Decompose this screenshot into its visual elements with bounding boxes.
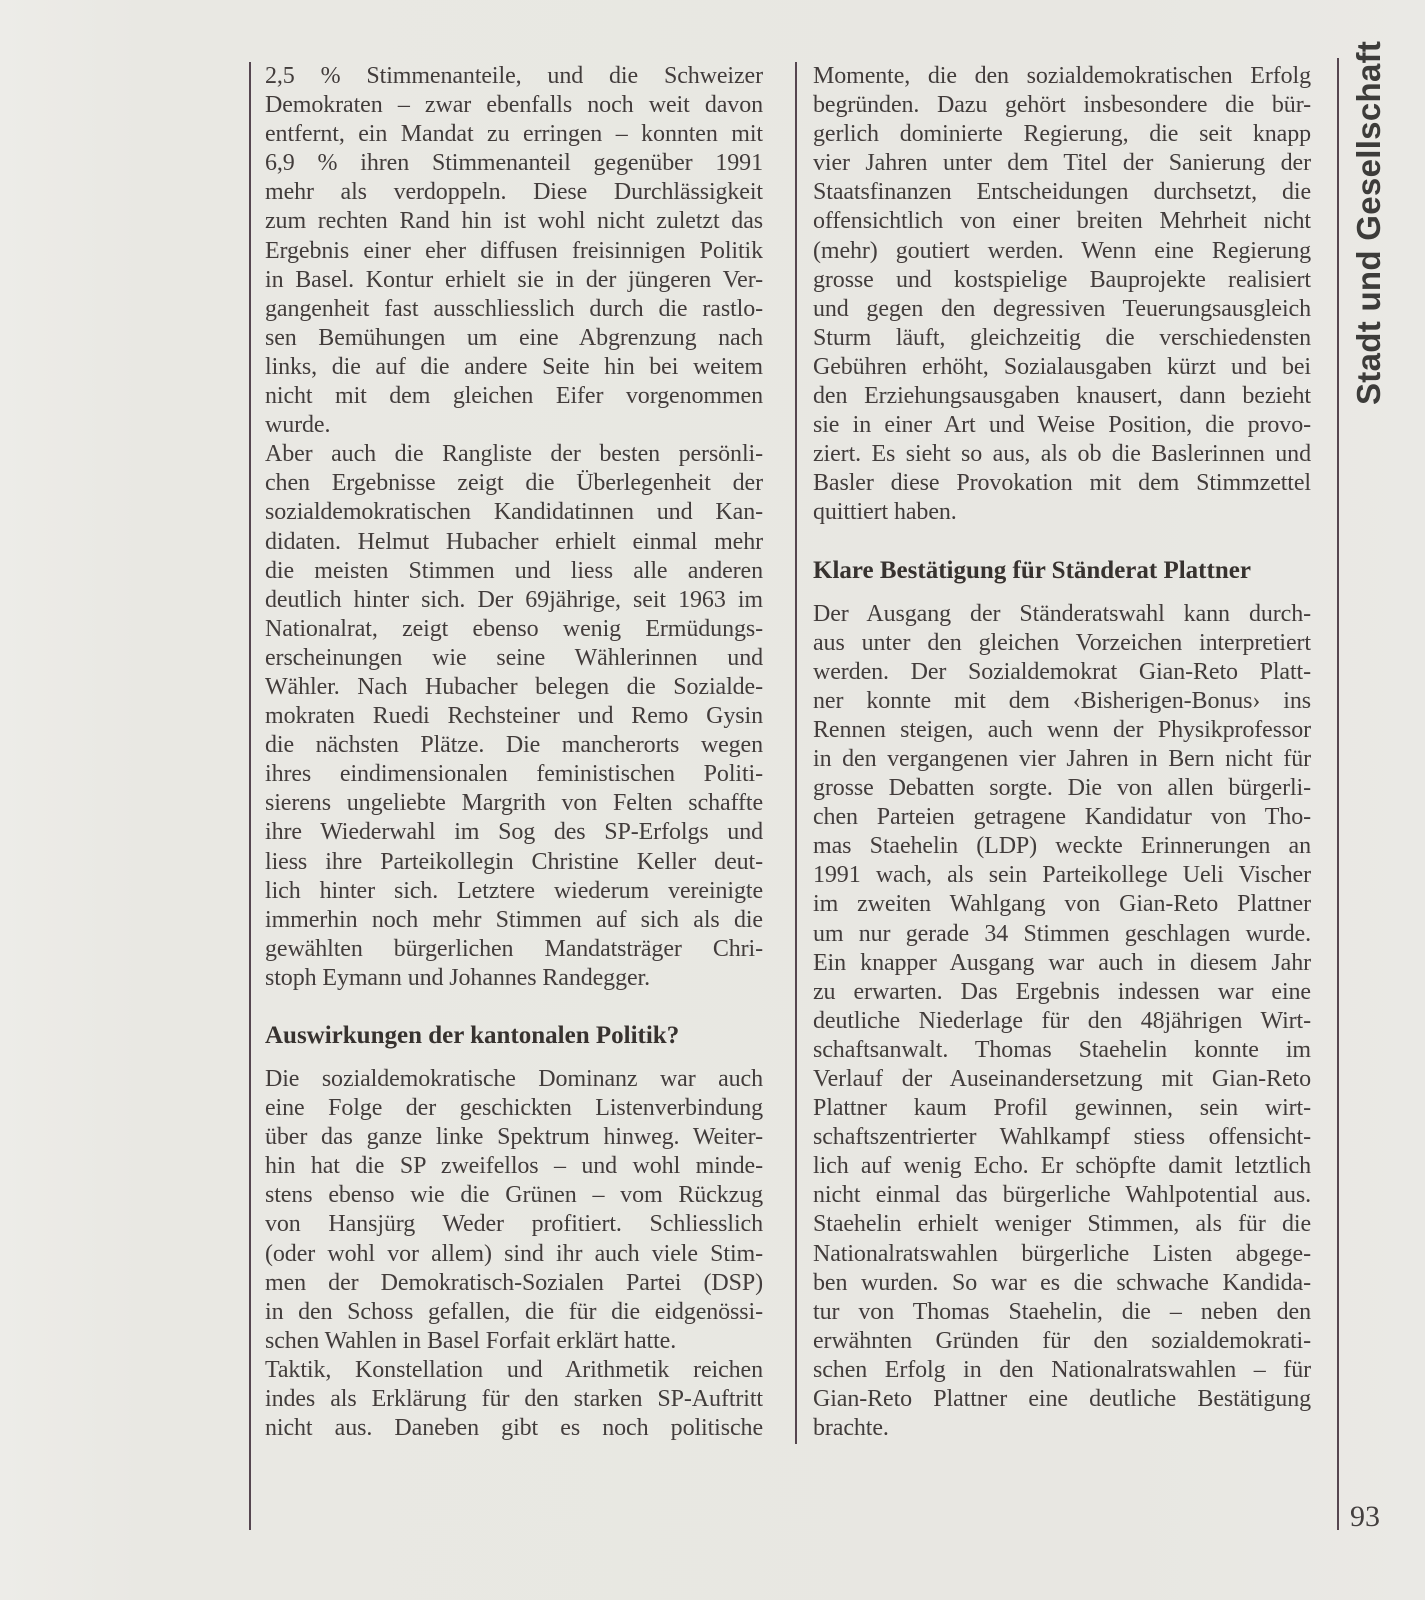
text-line: offensichtlich von einer breiten Mehrhei… xyxy=(813,207,1311,236)
text-line: ihres eindimensionalen feministischen Po… xyxy=(265,760,763,789)
text-line: Sturm läuft, gleichzeitig die verschiede… xyxy=(813,324,1311,353)
text-line: in den vergangenen vier Jahren in Bern n… xyxy=(813,745,1311,774)
text-line: Ergebnis einer eher diffusen freisinnige… xyxy=(265,237,763,266)
column-divider-rule xyxy=(795,62,797,1444)
section-heading: Auswirkungen der kantonalen Politik? xyxy=(265,1021,763,1051)
text-line: den Erziehungsausgaben knausert, dann be… xyxy=(813,382,1311,411)
text-line: 2,5 % Stimmenanteile, und die Schweizer xyxy=(265,62,763,91)
text-line: und gegen den degressiven Teuerungsausgl… xyxy=(813,295,1311,324)
text-line: ben wurden. So war es die schwache Kandi… xyxy=(813,1269,1311,1298)
text-line: gerlich dominierte Regierung, die seit k… xyxy=(813,120,1311,149)
text-line: sen Bemühungen um eine Abgrenzung nach xyxy=(265,324,763,353)
text-line: 1991 wach, als sein Parteikollege Ueli V… xyxy=(813,861,1311,890)
text-line: deutliche Niederlage für den 48jährigen … xyxy=(813,1007,1311,1036)
text-line: wurde. xyxy=(265,411,763,440)
text-line: chen Ergebnisse zeigt die Überlegenheit … xyxy=(265,469,763,498)
text-line: Gian-Reto Plattner eine deutliche Bestät… xyxy=(813,1385,1311,1414)
text-line: Nationalrat, zeigt ebenso wenig Ermüdung… xyxy=(265,615,763,644)
text-line: Demokraten – zwar ebenfalls noch weit da… xyxy=(265,91,763,120)
text-line: stoph Eymann und Johannes Randegger. xyxy=(265,964,763,993)
text-line: über das ganze linke Spektrum hinweg. We… xyxy=(265,1123,763,1152)
text-line: vier Jahren unter dem Titel der Sanierun… xyxy=(813,149,1311,178)
text-line: stens ebenso wie die Grünen – vom Rückzu… xyxy=(265,1181,763,1210)
text-line: brachte. xyxy=(813,1414,1311,1443)
text-line: Momente, die den sozialdemokratischen Er… xyxy=(813,62,1311,91)
text-line: Verlauf der Auseinandersetzung mit Gian-… xyxy=(813,1065,1311,1094)
text-line: ner konnte mit dem ‹Bisherigen-Bonus› in… xyxy=(813,687,1311,716)
text-line: schaftszentrierter Wahlkampf stiess offe… xyxy=(813,1123,1311,1152)
text-line: erwähnten Gründen für den sozialdemokrat… xyxy=(813,1327,1311,1356)
text-line: um nur gerade 34 Stimmen geschlagen wurd… xyxy=(813,920,1311,949)
text-line: Der Ausgang der Ständeratswahl kann durc… xyxy=(813,600,1311,629)
text-line: eine Folge der geschickten Listenverbind… xyxy=(265,1094,763,1123)
text-line: Basler diese Provokation mit dem Stimmze… xyxy=(813,469,1311,498)
text-line: zum rechten Rand hin ist wohl nicht zule… xyxy=(265,207,763,236)
chapter-sidebar-label: Stadt und Gesellschaft xyxy=(1349,60,1389,405)
text-line: (mehr) goutiert werden. Wenn eine Regier… xyxy=(813,237,1311,266)
text-line: ziert. Es sieht so aus, als ob die Basle… xyxy=(813,440,1311,469)
sidebar-rule xyxy=(1337,58,1339,1530)
text-line: Plattner kaum Profil gewinnen, sein wirt… xyxy=(813,1094,1311,1123)
text-line: in Basel. Kontur erhielt sie in der jüng… xyxy=(265,266,763,295)
text-line: Rennen steigen, auch wenn der Physikprof… xyxy=(813,716,1311,745)
text-line: Ein knapper Ausgang war auch in diesem J… xyxy=(813,949,1311,978)
text-line: sie in einer Art und Weise Position, die… xyxy=(813,411,1311,440)
text-line: deutlich hinter sich. Der 69jährige, sei… xyxy=(265,586,763,615)
text-line: nicht mit dem gleichen Eifer vorgenommen xyxy=(265,382,763,411)
section-heading: Klare Bestätigung für Ständerat Plattner xyxy=(813,556,1311,586)
text-line: Gebühren erhöht, Sozialausgaben kürzt un… xyxy=(813,353,1311,382)
text-line: nicht aus. Daneben gibt es noch politisc… xyxy=(265,1414,763,1443)
text-line: mas Staehelin (LDP) weckte Erinnerungen … xyxy=(813,832,1311,861)
text-line: Aber auch die Rangliste der besten persö… xyxy=(265,440,763,469)
text-line: lich hinter sich. Letztere wiederum vere… xyxy=(265,877,763,906)
text-line: mehr als verdoppeln. Diese Durchlässigke… xyxy=(265,178,763,207)
text-line: men der Demokratisch-Sozialen Partei (DS… xyxy=(265,1269,763,1298)
text-line: tur von Thomas Staehelin, die – neben de… xyxy=(813,1298,1311,1327)
text-line: werden. Der Sozialdemokrat Gian-Reto Pla… xyxy=(813,658,1311,687)
text-column-right: Momente, die den sozialdemokratischen Er… xyxy=(813,62,1311,1443)
text-line: Nationalratswahlen bürgerliche Listen ab… xyxy=(813,1240,1311,1269)
text-line: didaten. Helmut Hubacher erhielt einmal … xyxy=(265,528,763,557)
text-line: nicht einmal das bürgerliche Wahlpotenti… xyxy=(813,1181,1311,1210)
text-line: (oder wohl vor allem) sind ihr auch viel… xyxy=(265,1240,763,1269)
text-line: lich auf wenig Echo. Er schöpfte damit l… xyxy=(813,1152,1311,1181)
page-number: 93 xyxy=(1350,1500,1380,1534)
text-line: schen Erfolg in den Nationalratswahlen –… xyxy=(813,1356,1311,1385)
text-line: indes als Erklärung für den starken SP-A… xyxy=(265,1385,763,1414)
text-line: 6,9 % ihren Stimmenanteil gegenüber 1991 xyxy=(265,149,763,178)
text-line: Staehelin erhielt weniger Stimmen, als f… xyxy=(813,1210,1311,1239)
text-line: chen Parteien getragene Kandidatur von T… xyxy=(813,803,1311,832)
text-line: mokraten Ruedi Rechsteiner und Remo Gysi… xyxy=(265,702,763,731)
text-line: Wähler. Nach Hubacher belegen die Sozial… xyxy=(265,673,763,702)
text-line: gangenheit fast ausschliesslich durch di… xyxy=(265,295,763,324)
text-line: Die sozialdemokratische Dominanz war auc… xyxy=(265,1065,763,1094)
column-rule-left xyxy=(249,62,251,1530)
text-line: in den Schoss gefallen, die für die eidg… xyxy=(265,1298,763,1327)
text-line: liess ihre Parteikollegin Christine Kell… xyxy=(265,848,763,877)
text-line: erscheinungen wie seine Wählerinnen und xyxy=(265,644,763,673)
text-line: quittiert haben. xyxy=(813,498,1311,527)
text-line: links, die auf die andere Seite hin bei … xyxy=(265,353,763,382)
text-line: grosse Debatten sorgte. Die von allen bü… xyxy=(813,774,1311,803)
text-line: sozialdemokratischen Kandidatinnen und K… xyxy=(265,498,763,527)
text-line: die nächsten Plätze. Die mancherorts weg… xyxy=(265,731,763,760)
text-column-left: 2,5 % Stimmenanteile, und die SchweizerD… xyxy=(265,62,763,1443)
text-line: begründen. Dazu gehört insbesondere die … xyxy=(813,91,1311,120)
text-line: grosse und kostspielige Bauprojekte real… xyxy=(813,266,1311,295)
text-line: Staatsfinanzen Entscheidungen durchsetzt… xyxy=(813,178,1311,207)
text-line: ihre Wiederwahl im Sog des SP-Erfolgs un… xyxy=(265,818,763,847)
text-line: schen Wahlen in Basel Forfait erklärt ha… xyxy=(265,1327,763,1356)
text-line: im zweiten Wahlgang von Gian-Reto Plattn… xyxy=(813,890,1311,919)
text-line: die meisten Stimmen und liess alle ander… xyxy=(265,557,763,586)
text-line: Taktik, Konstellation und Arithmetik rei… xyxy=(265,1356,763,1385)
text-line: von Hansjürg Weder profitiert. Schliessl… xyxy=(265,1210,763,1239)
text-line: entfernt, ein Mandat zu erringen – konnt… xyxy=(265,120,763,149)
text-line: sierens ungeliebte Margrith von Felten s… xyxy=(265,789,763,818)
text-line: aus unter den gleichen Vorzeichen interp… xyxy=(813,629,1311,658)
text-line: immerhin noch mehr Stimmen auf sich als … xyxy=(265,906,763,935)
text-line: zu erwarten. Das Ergebnis indessen war e… xyxy=(813,978,1311,1007)
text-line: gewählten bürgerlichen Mandatsträger Chr… xyxy=(265,935,763,964)
text-line: schaftsanwalt. Thomas Staehelin konnte i… xyxy=(813,1036,1311,1065)
text-line: hin hat die SP zweifellos – und wohl min… xyxy=(265,1152,763,1181)
